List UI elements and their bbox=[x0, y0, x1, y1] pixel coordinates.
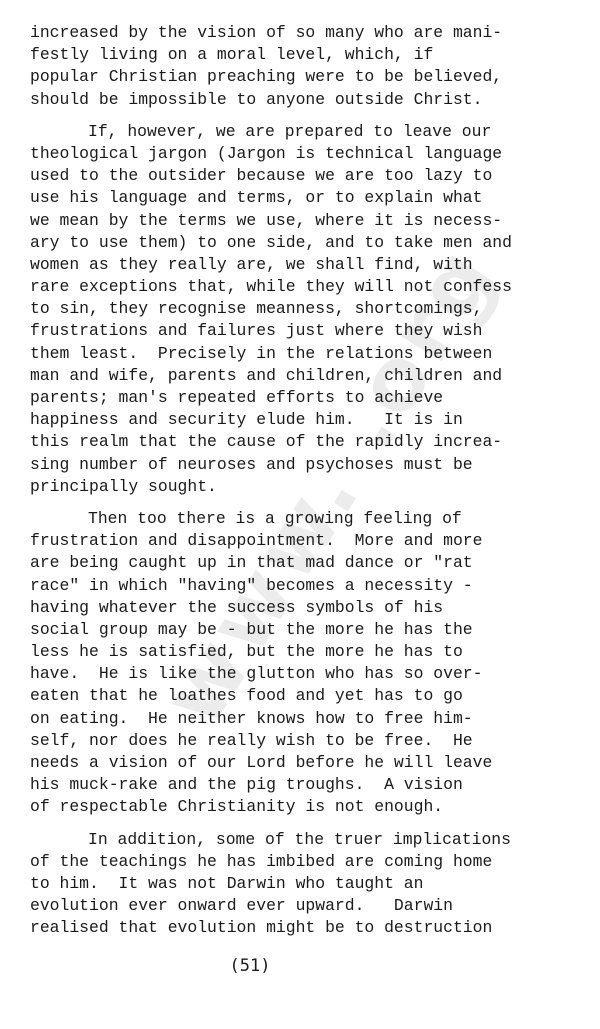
text-line: happiness and security elude him. It is … bbox=[30, 409, 590, 431]
body-text: increased by the vision of so many who a… bbox=[30, 22, 590, 950]
text-line: eaten that he loathes food and yet has t… bbox=[30, 685, 590, 707]
text-line: of the teachings he has imbibed are comi… bbox=[30, 851, 590, 873]
text-line: have. He is like the glutton who has so … bbox=[30, 663, 590, 685]
text-line: In addition, some of the truer implicati… bbox=[30, 829, 590, 851]
text-line: ary to use them) to one side, and to tak… bbox=[30, 232, 590, 254]
text-line: frustration and disappointment. More and… bbox=[30, 530, 590, 552]
page-number: (51) bbox=[0, 956, 500, 976]
text-line: If, however, we are prepared to leave ou… bbox=[30, 121, 590, 143]
text-line: race" in which "having" becomes a necess… bbox=[30, 575, 590, 597]
text-line: frustrations and failures just where the… bbox=[30, 320, 590, 342]
text-line: festly living on a moral level, which, i… bbox=[30, 44, 590, 66]
text-line: used to the outsider because we are too … bbox=[30, 165, 590, 187]
text-line: man and wife, parents and children, chil… bbox=[30, 365, 590, 387]
text-line: principally sought. bbox=[30, 476, 590, 498]
paragraph-1: increased by the vision of so many who a… bbox=[30, 22, 590, 111]
text-line: on eating. He neither knows how to free … bbox=[30, 708, 590, 730]
text-line: are being caught up in that mad dance or… bbox=[30, 552, 590, 574]
text-line: theological jargon (Jargon is technical … bbox=[30, 143, 590, 165]
text-line: having whatever the success symbols of h… bbox=[30, 597, 590, 619]
text-line: women as they really are, we shall find,… bbox=[30, 254, 590, 276]
text-line: this realm that the cause of the rapidly… bbox=[30, 431, 590, 453]
document-page: www. .org increased by the vision of so … bbox=[0, 0, 600, 1029]
text-line: to sin, they recognise meanness, shortco… bbox=[30, 298, 590, 320]
text-line: should be impossible to anyone outside C… bbox=[30, 89, 590, 111]
text-line: them least. Precisely in the relations b… bbox=[30, 343, 590, 365]
text-line: evolution ever onward ever upward. Darwi… bbox=[30, 895, 590, 917]
text-line: social group may be - but the more he ha… bbox=[30, 619, 590, 641]
text-line: use his language and terms, or to explai… bbox=[30, 187, 590, 209]
text-line: needs a vision of our Lord before he wil… bbox=[30, 752, 590, 774]
text-line: sing number of neuroses and psychoses mu… bbox=[30, 454, 590, 476]
text-line: realised that evolution might be to dest… bbox=[30, 917, 590, 939]
text-line: rare exceptions that, while they will no… bbox=[30, 276, 590, 298]
text-line: parents; man's repeated efforts to achie… bbox=[30, 387, 590, 409]
text-line: self, nor does he really wish to be free… bbox=[30, 730, 590, 752]
text-line: his muck-rake and the pig troughs. A vis… bbox=[30, 774, 590, 796]
paragraph-2: If, however, we are prepared to leave ou… bbox=[30, 121, 590, 498]
text-line: of respectable Christianity is not enoug… bbox=[30, 796, 590, 818]
text-line: Then too there is a growing feeling of bbox=[30, 508, 590, 530]
paragraph-3: Then too there is a growing feeling of f… bbox=[30, 508, 590, 819]
text-line: to him. It was not Darwin who taught an bbox=[30, 873, 590, 895]
text-line: increased by the vision of so many who a… bbox=[30, 22, 590, 44]
paragraph-4: In addition, some of the truer implicati… bbox=[30, 829, 590, 940]
text-line: less he is satisfied, but the more he ha… bbox=[30, 641, 590, 663]
text-line: popular Christian preaching were to be b… bbox=[30, 66, 590, 88]
text-line: we mean by the terms we use, where it is… bbox=[30, 210, 590, 232]
